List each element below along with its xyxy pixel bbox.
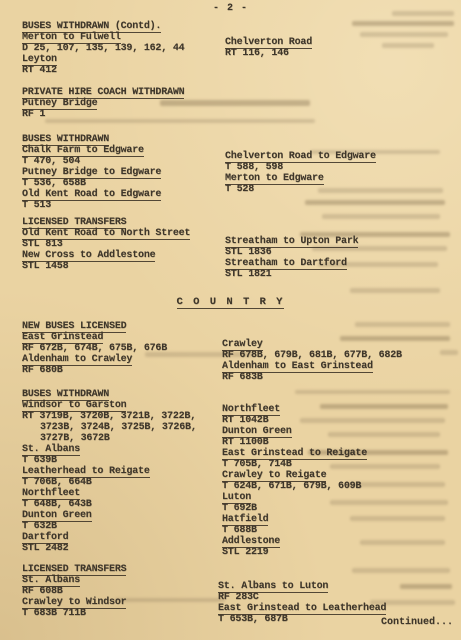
route-line: Putney Bridge to Edgware [22,167,161,178]
bleed-through-smudge [360,32,448,37]
section-private-hire-coach-withdrawn: PRIVATE HIRE COACH WITHDRAWN Putney Brid… [22,87,184,120]
route-line: Hatfield [222,514,367,525]
fleet-line: RT 1042B [222,415,367,426]
route-line: Leyton [22,54,184,65]
fleet-line: RF 1 [22,109,184,120]
route-line: St. Albans [22,444,197,455]
route-line: Aldenham to East Grinstead [222,361,402,372]
section-heading: PRIVATE HIRE COACH WITHDRAWN [22,87,184,98]
fleet-line: STL 2219 [222,547,367,558]
route-line: Merton to Edgware [225,173,376,184]
route-line: New Cross to Addlestone [22,250,190,261]
route-line: Addlestone [222,536,367,547]
fleet-line: STL 1836 [225,247,358,258]
route-line: East Grinstead to Leatherhead [218,603,386,614]
fleet-line: RF 608B [22,586,126,597]
route-line: Dunton Green [222,426,367,437]
fleet-line: RT 1100B [222,437,367,448]
fleet-line: T 536, 658B [22,178,161,189]
route-line: Old Kent Road to Edgware [22,189,161,200]
route-line: Merton to Fulwell [22,32,184,43]
route-line: Crawley [222,339,402,350]
section-new-buses-licensed-right: Crawley RF 678B, 679B, 681B, 677B, 682B … [222,339,402,383]
fleet-line: 3727B, 3672B [22,433,197,444]
fleet-line: T 639B [22,455,197,466]
route-line: Aldenham to Crawley [22,354,167,365]
fleet-line: RF 672B, 674B, 675B, 676B [22,343,167,354]
fleet-line: RT 412 [22,65,184,76]
route-line: Chelverton Road to Edgware [225,151,376,162]
section-country-licensed-transfers-right: St. Albans to Luton RF 283C East Grinste… [218,581,386,625]
fleet-line: T 470, 504 [22,156,161,167]
route-line: Streatham to Dartford [225,258,358,269]
route-line: Old Kent Road to North Street [22,228,190,239]
country-heading: C O U N T R Y [0,296,461,308]
section-buses-withdrawn-contd-left: BUSES WITHDRAWN (Contd). Merton to Fulwe… [22,21,184,76]
route-line: St. Albans [22,575,126,586]
bleed-through-smudge [350,288,440,293]
route-line: Northfleet [22,488,197,499]
route-line: Leatherhead to Reigate [22,466,197,477]
bleed-through-smudge [352,568,450,573]
fleet-line: T 648B, 643B [22,499,197,510]
fleet-line: T 706B, 664B [22,477,197,488]
route-line: Luton [222,492,367,503]
fleet-line: T 588, 598 [225,162,376,173]
fleet-line: RF 680B [22,365,167,376]
fleet-line: STL 1821 [225,269,358,280]
section-heading: BUSES WITHDRAWN [22,389,197,400]
section-licensed-transfers-left: LICENSED TRANSFERS Old Kent Road to Nort… [22,217,190,272]
section-buses-withdrawn-contd-right: Chelverton Road RT 116, 146 [225,37,312,59]
bleed-through-smudge [355,322,450,327]
fleet-line: RF 283C [218,592,386,603]
document-page: - 2 - BUSES WITHDRAWN (Contd). Merton to… [0,0,461,640]
fleet-line: 3723B, 3724B, 3725B, 3726B, [22,422,197,433]
route-line: Windsor to Garston [22,400,197,411]
section-new-buses-licensed-left: NEW BUSES LICENSED East Grinstead RF 672… [22,321,167,376]
fleet-line: D 25, 107, 135, 139, 162, 44 [22,43,184,54]
fleet-line: T 692B [222,503,367,514]
bleed-through-smudge [440,350,458,355]
route-line: East Grinstead to Reigate [222,448,367,459]
route-line: Dartford [22,532,197,543]
route-line: Dunton Green [22,510,197,521]
section-buses-withdrawn-left: BUSES WITHDRAWN Chalk Farm to Edgware T … [22,134,161,211]
fleet-line: RF 683B [222,372,402,383]
bleed-through-smudge [115,598,225,602]
fleet-line: STL 2482 [22,543,197,554]
bleed-through-smudge [400,584,452,589]
fleet-line: T 688B [222,525,367,536]
fleet-line: RF 678B, 679B, 681B, 677B, 682B [222,350,402,361]
fleet-line: T 653B, 687B [218,614,386,625]
section-heading: BUSES WITHDRAWN [22,134,161,145]
fleet-line: T 513 [22,200,161,211]
fleet-line: STL 813 [22,239,190,250]
section-heading: LICENSED TRANSFERS [22,217,190,228]
fleet-line: T 705B, 714B [222,459,367,470]
section-buses-withdrawn-right: Chelverton Road to Edgware T 588, 598 Me… [225,151,376,195]
route-line: Crawley to Windsor [22,597,126,608]
bleed-through-smudge [360,540,445,545]
bleed-through-smudge [382,43,434,48]
route-line: East Grinstead [22,332,167,343]
continued-note: Continued... [381,617,453,628]
route-line: Putney Bridge [22,98,184,109]
route-line: St. Albans to Luton [218,581,386,592]
route-line: Streatham to Upton Park [225,236,358,247]
bleed-through-smudge [295,390,450,394]
bleed-through-smudge [305,200,445,205]
route-line: Northfleet [222,404,367,415]
fleet-line: T 632B [22,521,197,532]
fleet-line: T 624B, 671B, 679B, 609B [222,481,367,492]
route-line: Crawley to Reigate [222,470,367,481]
section-country-licensed-transfers-left: LICENSED TRANSFERS St. Albans RF 608B Cr… [22,564,126,619]
fleet-line: RT 116, 146 [225,48,312,59]
section-heading: LICENSED TRANSFERS [22,564,126,575]
fleet-line: T 528 [225,184,376,195]
page-number: - 2 - [0,3,461,14]
bleed-through-smudge [352,21,454,26]
section-country-buses-withdrawn-left: BUSES WITHDRAWN Windsor to Garston RT 37… [22,389,197,554]
route-line: Chelverton Road [225,37,312,48]
section-country-buses-withdrawn-right: Northfleet RT 1042B Dunton Green RT 1100… [222,404,367,558]
section-heading: BUSES WITHDRAWN (Contd). [22,21,184,32]
fleet-line: RT 3719B, 3720B, 3721B, 3722B, [22,411,197,422]
section-licensed-transfers-right: Streatham to Upton Park STL 1836 Streath… [225,236,358,280]
fleet-line: STL 1458 [22,261,190,272]
section-heading: NEW BUSES LICENSED [22,321,167,332]
bleed-through-smudge [322,214,440,219]
route-line: Chalk Farm to Edgware [22,145,161,156]
fleet-line: T 683B 711B [22,608,126,619]
